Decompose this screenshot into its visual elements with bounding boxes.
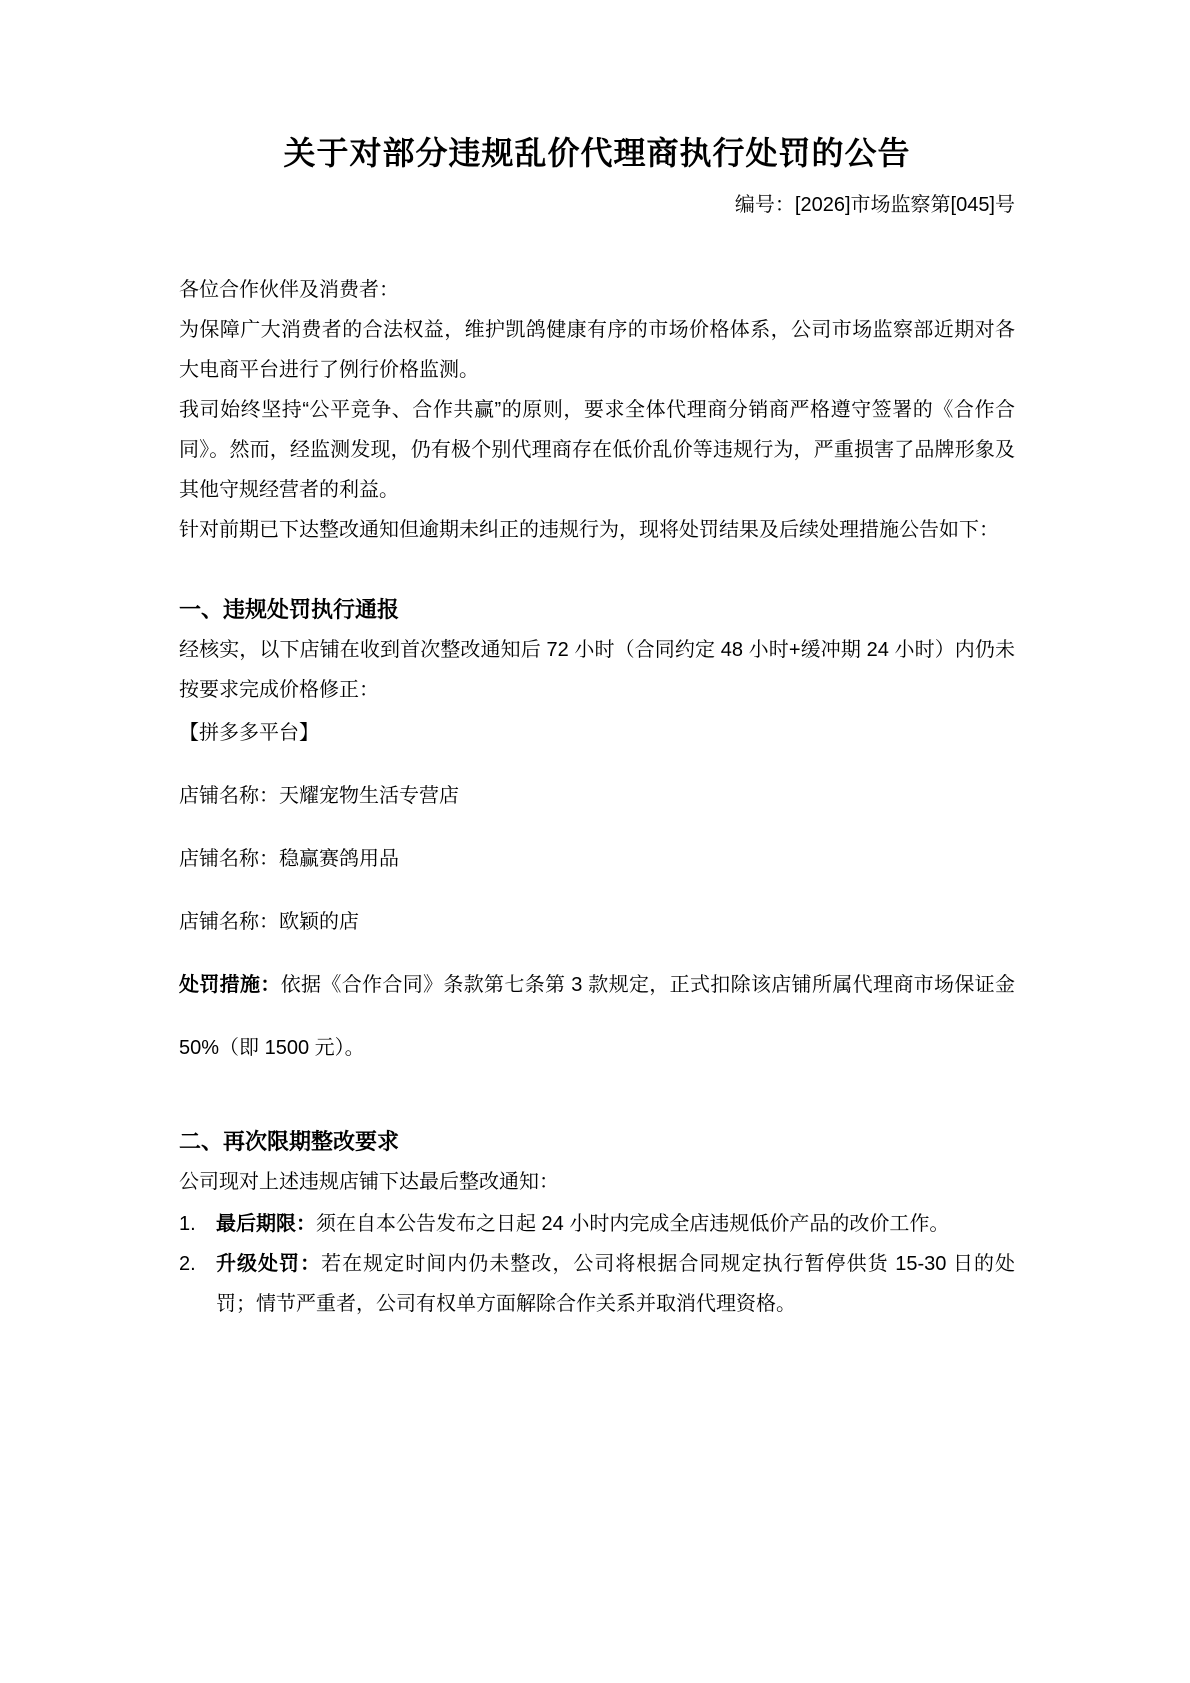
intro-section: 各位合作伙伴及消费者： 为保障广大消费者的合法权益，维护凯鸽健康有序的市场价格体… bbox=[179, 270, 1015, 550]
item-number: 1. bbox=[179, 1204, 216, 1244]
item-text: 若在规定时间内仍未整改，公司将根据合同规定执行暂停供货 15-30 日的处罚；情… bbox=[216, 1253, 1015, 1315]
item-text: 须在自本公告发布之日起 24 小时内完成全店违规低价产品的改价工作。 bbox=[316, 1213, 949, 1235]
store-name: 欧颖的店 bbox=[279, 911, 359, 933]
store-label: 店铺名称： bbox=[179, 911, 279, 933]
document-page: 关于对部分违规乱价代理商执行处罚的公告 编号：[2026]市场监察第[045]号… bbox=[0, 0, 1190, 1683]
store-name: 稳赢赛鸽用品 bbox=[279, 848, 399, 870]
platform-label: 【拼多多平台】 bbox=[179, 702, 1015, 765]
item-label: 最后期限： bbox=[216, 1213, 316, 1235]
list-item: 1. 最后期限：须在自本公告发布之日起 24 小时内完成全店违规低价产品的改价工… bbox=[179, 1204, 1015, 1244]
section1-lead-block: 经核实，以下店铺在收到首次整改通知后 72 小时（合同约定 48 小时+缓冲期 … bbox=[179, 630, 1015, 710]
section2-lead: 公司现对上述违规店铺下达最后整改通知： bbox=[179, 1162, 1015, 1202]
section1-heading: 一、违规处罚执行通报 bbox=[179, 590, 1015, 630]
item-body: 升级处罚：若在规定时间内仍未整改，公司将根据合同规定执行暂停供货 15-30 日… bbox=[216, 1244, 1015, 1324]
intro-paragraph: 为保障广大消费者的合法权益，维护凯鸽健康有序的市场价格体系，公司市场监察部近期对… bbox=[179, 310, 1015, 390]
store-label: 店铺名称： bbox=[179, 848, 279, 870]
item-label: 升级处罚： bbox=[216, 1253, 321, 1275]
section1-lead: 经核实，以下店铺在收到首次整改通知后 72 小时（合同约定 48 小时+缓冲期 … bbox=[179, 630, 1015, 710]
penalty-text: 依据《合作合同》条款第七条第 3 款规定，正式扣除该店铺所属代理商市场保证金 5… bbox=[179, 974, 1015, 1059]
document-number: 编号：[2026]市场监察第[045]号 bbox=[179, 185, 1015, 225]
item-body: 最后期限：须在自本公告发布之日起 24 小时内完成全店违规低价产品的改价工作。 bbox=[216, 1204, 1015, 1244]
store-row: 店铺名称：稳赢赛鸽用品 bbox=[179, 828, 1015, 891]
intro-paragraph: 针对前期已下达整改通知但逾期未纠正的违规行为，现将处罚结果及后续处理措施公告如下… bbox=[179, 510, 1015, 550]
section2-heading: 二、再次限期整改要求 bbox=[179, 1122, 1015, 1162]
section1-detail-block: 【拼多多平台】 店铺名称：天耀宠物生活专营店 店铺名称：稳赢赛鸽用品 店铺名称：… bbox=[179, 702, 1015, 1080]
store-row: 店铺名称：欧颖的店 bbox=[179, 891, 1015, 954]
penalty-label: 处罚措施： bbox=[179, 974, 281, 996]
store-row: 店铺名称：天耀宠物生活专营店 bbox=[179, 765, 1015, 828]
intro-paragraph: 我司始终坚持“公平竞争、合作共赢”的原则，要求全体代理商分销商严格遵守签署的《合… bbox=[179, 390, 1015, 510]
store-label: 店铺名称： bbox=[179, 785, 279, 807]
salutation: 各位合作伙伴及消费者： bbox=[179, 270, 1015, 310]
item-number: 2. bbox=[179, 1244, 216, 1324]
rectification-list: 1. 最后期限：须在自本公告发布之日起 24 小时内完成全店违规低价产品的改价工… bbox=[179, 1204, 1015, 1324]
list-item: 2. 升级处罚：若在规定时间内仍未整改，公司将根据合同规定执行暂停供货 15-3… bbox=[179, 1244, 1015, 1324]
penalty-paragraph: 处罚措施：依据《合作合同》条款第七条第 3 款规定，正式扣除该店铺所属代理商市场… bbox=[179, 954, 1015, 1080]
store-name: 天耀宠物生活专营店 bbox=[279, 785, 459, 807]
document-title: 关于对部分违规乱价代理商执行处罚的公告 bbox=[179, 131, 1015, 175]
section2-lead-block: 公司现对上述违规店铺下达最后整改通知： bbox=[179, 1162, 1015, 1202]
